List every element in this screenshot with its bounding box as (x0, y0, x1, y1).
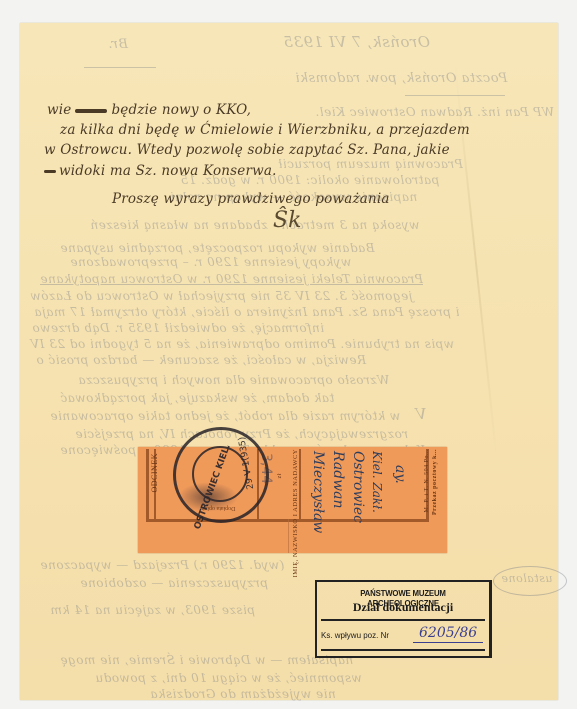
bleed-line: pisze 1903, w zajęciu na 14 km (50, 603, 255, 617)
bleed-line: Rewizja, w całości, że szacunek — bardzo… (36, 353, 366, 367)
ink-smudge (178, 482, 238, 512)
margin-note: V (415, 405, 426, 423)
sender-line: Mieczysław (310, 451, 326, 533)
bleed-line: wspomnieć, że w ciągu 10 dni, z powodu (95, 671, 362, 685)
signature: Ŝk (273, 208, 301, 233)
letter-line-4: widoki ma Sz. nowa Konserwa. (44, 163, 277, 179)
stamp-rule (321, 649, 485, 651)
stamp-entry-label: Ks. wpływu poz. Nr (321, 631, 389, 640)
bleed-line: nie wyjeżdżam do Grodziska (150, 687, 336, 701)
letter-line-1: wiebędzie nowy o KKO, (47, 102, 251, 118)
slip-sender-header: IMIĘ, NAZWISKO I ADRES NADAWCY (292, 449, 299, 577)
letter-line-2: za kilka dni będę w Ćmielowie i Wierzbni… (60, 122, 470, 138)
sender-line: Kiel. Zakł. (370, 451, 384, 513)
stamp-number-underline (413, 642, 483, 643)
crossed-out-word (44, 170, 56, 173)
slip-amount-unit: zł (277, 473, 283, 478)
sender-line: ay. (392, 465, 408, 484)
slip-tear-mark (288, 519, 289, 553)
slip-divider (299, 449, 301, 519)
crossed-out-word (75, 109, 107, 113)
mirrored-corner-rule (84, 67, 156, 68)
bleed-line: wysoką na 3 metrach · zbadane na własną … (90, 218, 419, 232)
letter-word: wie (47, 102, 71, 118)
bleed-line: Pracownia Teleki jesienne 1290 r. w Ostr… (40, 272, 423, 286)
postal-transfer-slip: ODCINEK Dopłata opłaty 3,44 zł IMIĘ, NAZ… (138, 447, 447, 553)
slip-section-label: ODCINEK (150, 453, 159, 493)
bleed-line: w którym razie dla robót, że jedno takie… (50, 409, 400, 423)
bleed-line: informację, że odwiedził 1935 r. Dąb drz… (32, 321, 324, 335)
sender-line: Radwan (330, 451, 346, 509)
letter-text: będzie nowy o KKO, (111, 102, 251, 118)
letter-text: widoki ma Sz. nowa Konserwa. (59, 163, 277, 179)
letter-line-3: w Ostrowcu. Wtedy pozwolę sobie zapytać … (44, 142, 450, 158)
museum-registration-stamp: PAŃSTWOWE MUZEUM ARCHEOLOGICZNE Dział do… (315, 580, 492, 658)
bleed-line: Pracownią muzeum porzucił (278, 157, 463, 171)
slip-form-code: M. P. i T. N. 504 Po... (424, 449, 430, 512)
bleed-line: Wzrosło opracowanie dla nowych i przypus… (78, 373, 389, 387)
bleed-line: Badanie wykopu rozpoczęte, porządnie usy… (60, 241, 375, 255)
sender-line: Ostrowiec (350, 451, 366, 523)
stamp-entry-number: 6205/86 (419, 625, 477, 641)
bleed-line: napisałem — w Dąbrowie i Śremie, nie mog… (60, 653, 353, 667)
bleed-line: i proszę Pana Sz. Pana Inżyniera o liści… (34, 305, 460, 319)
bleed-line: wykopy jesienne 1290 r. – przeprowadzone (70, 255, 351, 269)
bleed-line: WP Pan inż. Radwan Ostrowiec Kiel. (315, 105, 554, 119)
bleed-line: wpis na trybunie. Pomimo odprawienia, że… (30, 337, 454, 351)
slip-form-title: Przekaz pocztowy k... (432, 449, 438, 515)
bleed-line: (wyd. 1290 r.) Przejazd — wypaczone (40, 558, 284, 572)
stamp-department: Dział dokumentacji (317, 600, 489, 615)
bleed-line: tak dodam, że wskazuje, jak porządkować (60, 391, 334, 405)
stamp-rule (321, 619, 485, 621)
mirrored-underline (405, 95, 505, 96)
bleed-line: jegomość 3. 23 IV 35 nie przyjechał w Os… (30, 289, 412, 303)
bleed-line: przypuszczenia — ozdobione (80, 576, 268, 590)
mirrored-addressee: Poczta Orońsk, pow. radomski (295, 71, 507, 86)
mirrored-corner-mark: Br. (108, 37, 128, 52)
mirrored-date: Orońsk, 7 VI 1935 (283, 33, 430, 51)
circled-note: ustalone (501, 572, 552, 585)
letter-closing: Proszę wyrazy prawdziwego poważania (112, 191, 390, 207)
